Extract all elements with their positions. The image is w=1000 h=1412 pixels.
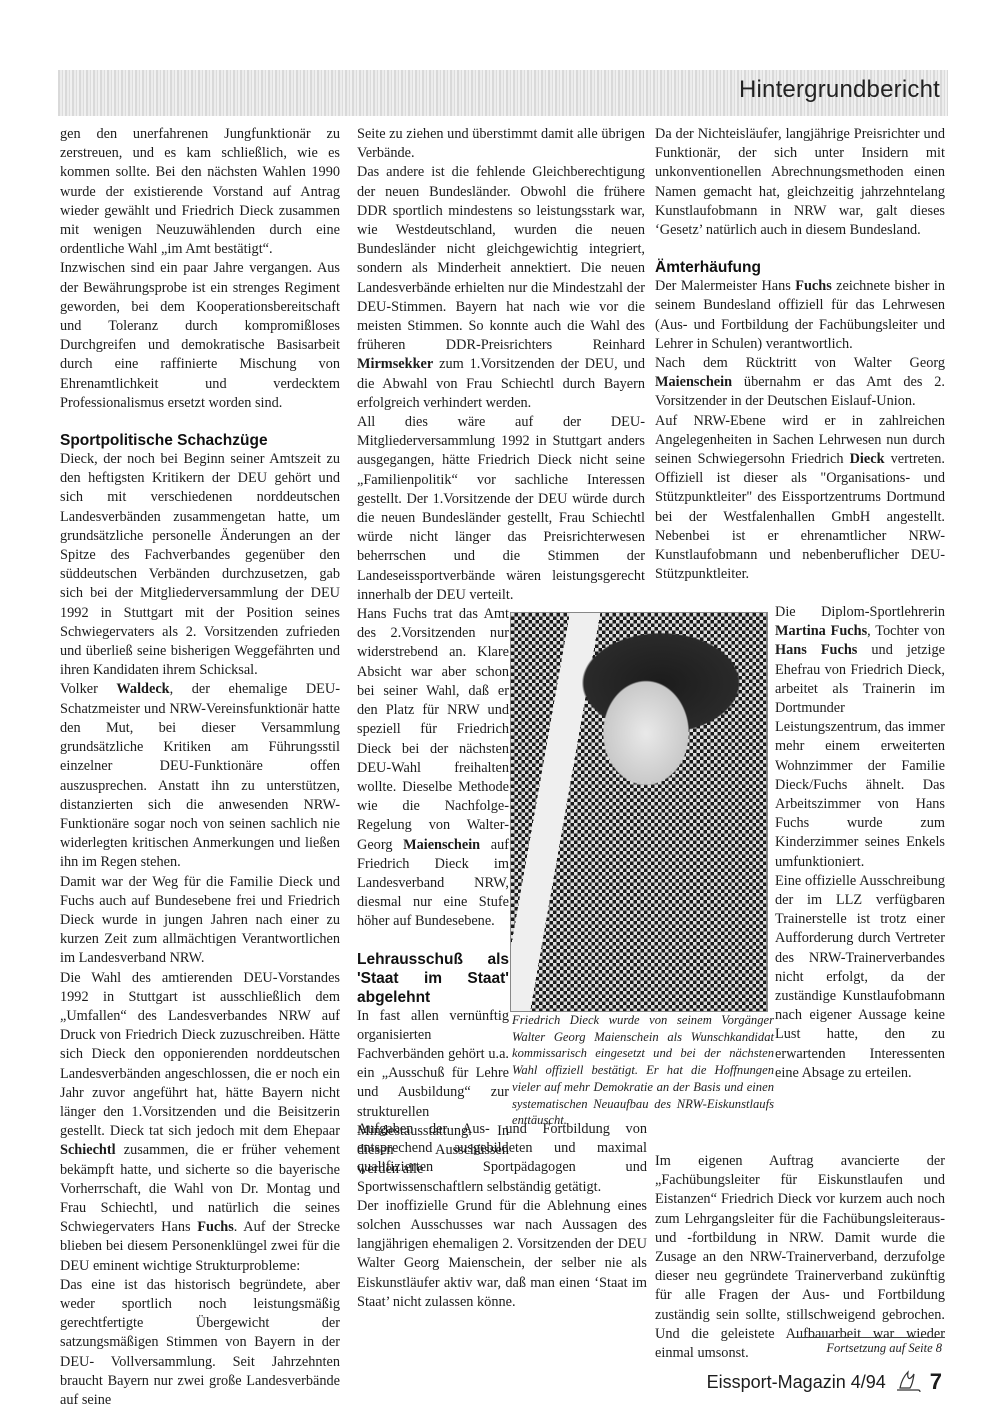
paragraph: Damit war der Weg für die Familie Dieck … bbox=[60, 873, 340, 969]
skate-bird-logo-icon bbox=[894, 1370, 922, 1394]
column-1: gen den unerfahrenen Jungfunktionär zu z… bbox=[60, 125, 340, 1410]
paragraph: Das andere ist die fehlende Gleichberech… bbox=[357, 163, 645, 413]
paragraph: Inzwischen sind ein paar Jahre vergangen… bbox=[60, 259, 340, 413]
column-3-narrow: Die Diplom-Sportlehrerin Martina Fuchs, … bbox=[775, 603, 945, 1083]
subheading: Lehrausschuß als 'Staat im Staat' abgele… bbox=[357, 950, 509, 1007]
paragraph: Das eine ist das historisch begründete, … bbox=[60, 1276, 340, 1410]
column-3-bottom: Im eigenen Auftrag avancierte der „Fachü… bbox=[655, 1152, 945, 1363]
paragraph: Die Wahl des amtierenden DEU-Vorstandes … bbox=[60, 969, 340, 1276]
section-title: Hintergrundbericht bbox=[739, 76, 940, 104]
paragraph: Volker Waldeck, der ehemalige DEU-Schatz… bbox=[60, 680, 340, 872]
paragraph: Der inoffizielle Grund für die Ablehnung… bbox=[357, 1197, 647, 1312]
page-footer: Eissport-Magazin 4/94 7 bbox=[707, 1369, 942, 1395]
paragraph: Im eigenen Auftrag avancierte der „Fachü… bbox=[655, 1152, 945, 1363]
paragraph: Der Malermeister Hans Fuchs zeichnete bi… bbox=[655, 277, 945, 354]
paragraph: Die Diplom-Sportlehrerin Martina Fuchs, … bbox=[775, 603, 945, 872]
paragraph: Auf NRW-Ebene wird er in zahlreichen Ang… bbox=[655, 412, 945, 585]
column-3: Da der Nichteisläufer, langjährige Preis… bbox=[655, 125, 945, 584]
paragraph: Nach dem Rücktritt von Walter Georg Maie… bbox=[655, 354, 945, 412]
magazine-issue: Eissport-Magazin 4/94 bbox=[707, 1372, 886, 1393]
paragraph: All dies wäre auf der DEU-Mitgliedervers… bbox=[357, 413, 645, 605]
paragraph: Da der Nichteisläufer, langjährige Preis… bbox=[655, 125, 945, 240]
paragraph: gen den unerfahrenen Jungfunktionär zu z… bbox=[60, 125, 340, 259]
paragraph: Dieck, der noch bei Beginn seiner Amtsze… bbox=[60, 450, 340, 680]
paragraph: Aufgaben der Aus- und Fortbildung von en… bbox=[357, 1120, 647, 1197]
paragraph: Eine offizielle Ausschreibung der im LLZ… bbox=[775, 872, 945, 1083]
paragraph: Seite zu ziehen und überstimmt damit all… bbox=[357, 125, 645, 163]
continuation-rule bbox=[793, 1337, 945, 1338]
subheading: Sportpolitische Schachzüge bbox=[60, 431, 340, 450]
photo-caption: Friedrich Dieck wurde von seinem Vorgäng… bbox=[512, 1012, 774, 1129]
portrait-photo bbox=[510, 612, 768, 1012]
continuation-note: Fortsetzung auf Seite 8 bbox=[826, 1341, 942, 1356]
page-number: 7 bbox=[930, 1369, 942, 1395]
column-2-bottom: Aufgaben der Aus- und Fortbildung von en… bbox=[357, 1120, 647, 1312]
paragraph: Hans Fuchs trat das Amt des 2.Vorsitzend… bbox=[357, 605, 509, 931]
column-2-narrow: Hans Fuchs trat das Amt des 2.Vorsitzend… bbox=[357, 605, 509, 1179]
subheading: Ämterhäufung bbox=[655, 258, 945, 277]
